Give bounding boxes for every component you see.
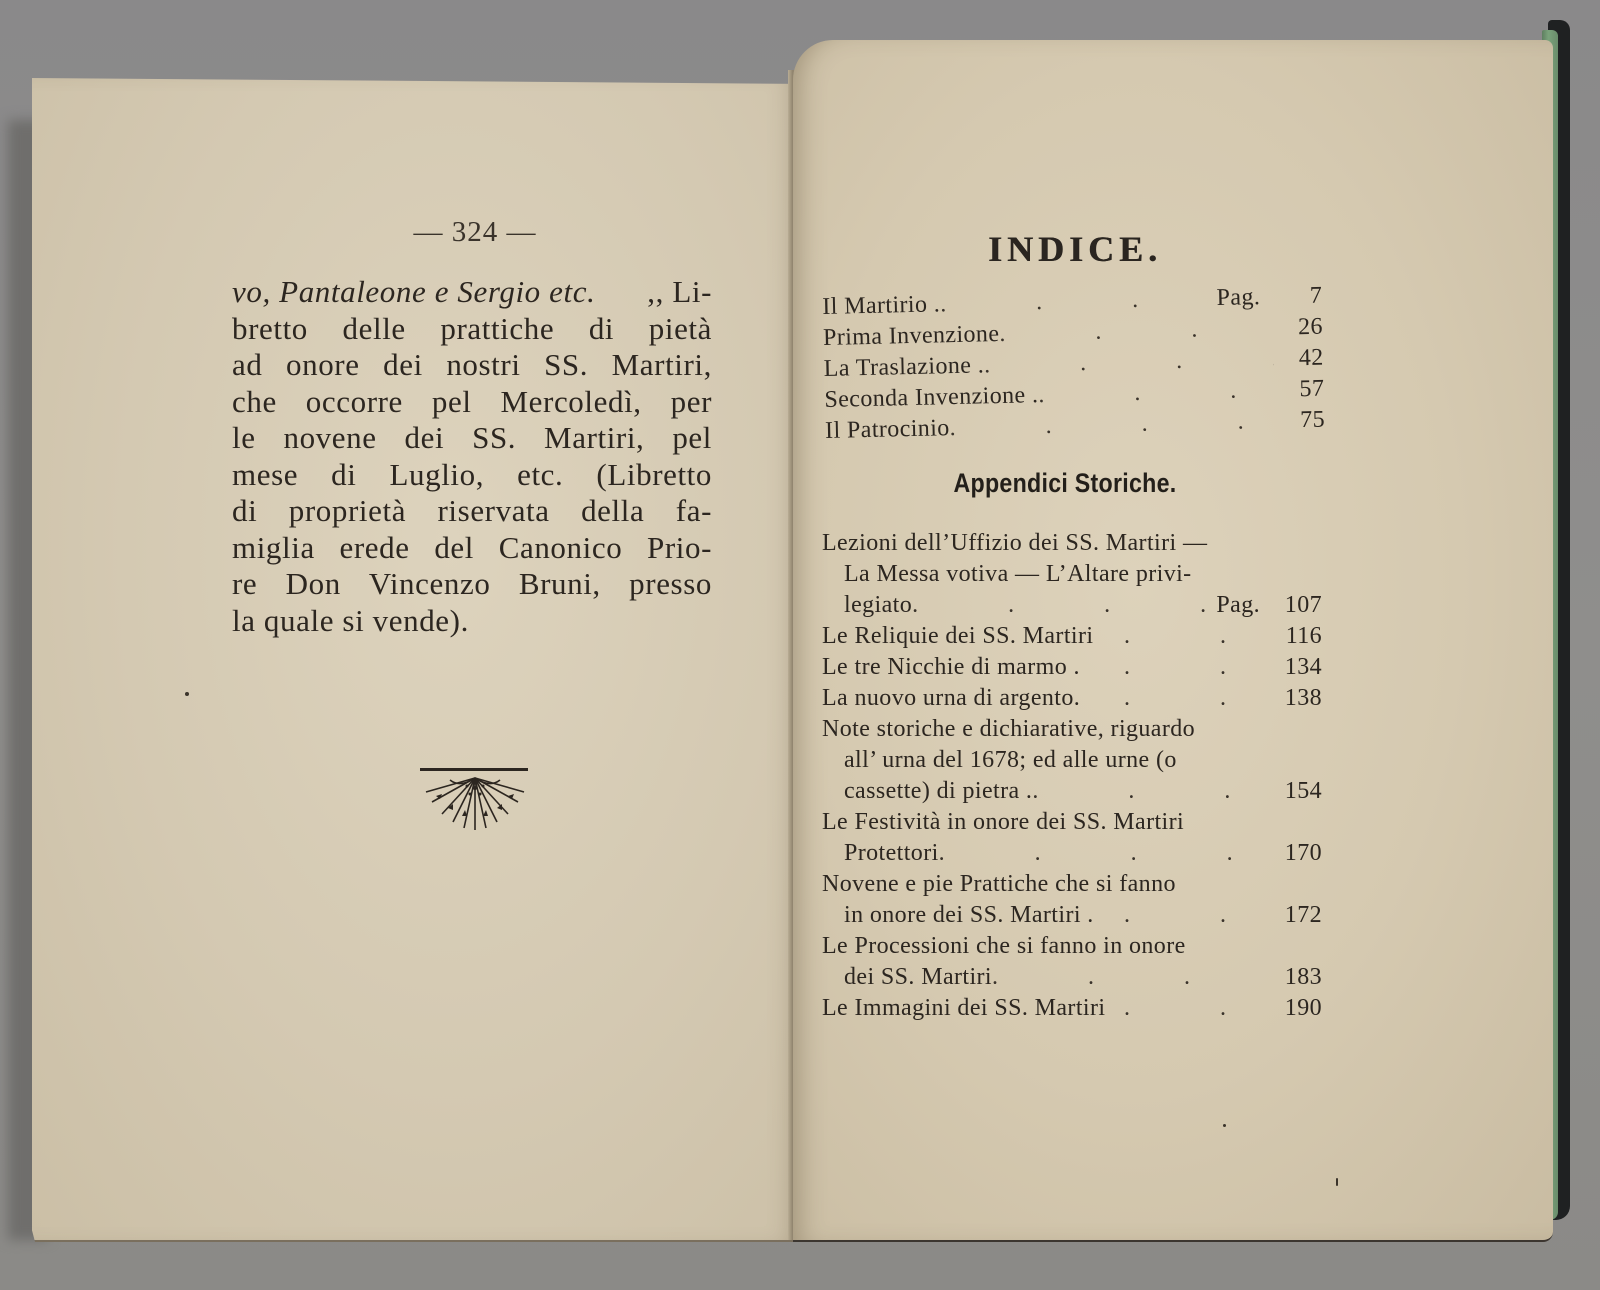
text-fragment: bretto delle prattiche di pietà — [232, 311, 712, 348]
text-fragment: re Don Vincenzo Bruni, presso — [232, 566, 712, 603]
toc-entry-continuation: in onore dei SS. Martiri . . . 172 — [822, 900, 1322, 931]
text-fragment: le novene dei SS. Martiri, pel — [232, 420, 712, 457]
toc-entry-continuation: Protettori . . . . . 170 — [822, 838, 1322, 869]
text-fragment: la quale si vende). — [232, 603, 469, 640]
toc-entry-continuation: dei SS. Martiri . . . . 183 — [822, 962, 1322, 993]
toc-page-number: 116 — [1272, 621, 1322, 652]
toc-entry-label: dei SS. Martiri — [822, 962, 992, 993]
toc-entry-label: Il Patrocinio — [825, 413, 950, 447]
toc-appendix-list: Lezioni dell’Uffizio dei SS. Martiri — L… — [822, 528, 1322, 1024]
toc-entry: Note storiche e dichiarative, riguardo — [822, 714, 1322, 745]
toc-page-number: 75 — [1275, 405, 1326, 437]
text-fragment: che occorre pel Mercoledì, per — [232, 384, 712, 421]
page-number: — 324 — — [400, 216, 550, 249]
text-line: ad onore dei nostri SS. Martiri, — [232, 347, 712, 384]
toc-entry: Le Festività in onore dei SS. Martiri — [822, 807, 1322, 838]
toc-entry: Le Reliquie dei SS. Martiri . . 116 — [822, 621, 1322, 652]
toc-entry: La nuovo urna di argento. . . 138 — [822, 683, 1322, 714]
text-fragment: di proprietà riservata della fa- — [232, 493, 712, 530]
dot-leader: . . — [1094, 900, 1272, 931]
toc-page-number: 107 — [1272, 590, 1322, 621]
toc-entry: Le Immagini dei SS. Martiri . . 190 — [822, 993, 1322, 1024]
paper-speck — [1336, 1178, 1338, 1186]
toc-entry-label: legiato — [822, 590, 912, 621]
pag-label: Pag. — [1216, 282, 1260, 314]
toc-entry-continuation: legiato . . . . . Pag. 107 — [822, 590, 1322, 621]
toc-entry-label: Seconda Invenzione . — [824, 380, 1039, 416]
toc-entry-continuation: La Messa votiva — L’Altare privi- — [822, 559, 1322, 590]
sunburst-ornament-icon — [420, 766, 530, 836]
text-line: mese di Luglio, etc. (Libretto — [232, 457, 712, 494]
dot-leader: . . — [1080, 683, 1272, 714]
toc-entry: Lezioni dell’Uffizio dei SS. Martiri — — [822, 528, 1322, 559]
left-page-body: vo, Pantaleone e Sergio etc. ,, Li- bret… — [232, 274, 712, 639]
text-line: la quale si vende). — [232, 603, 712, 640]
toc-page-number: 154 — [1272, 776, 1322, 807]
dot-leader: . . — [1080, 652, 1272, 683]
pag-label: Pag. — [1216, 590, 1260, 621]
toc-entry-label: Le Festività in onore dei SS. Martiri — [822, 807, 1184, 838]
left-page — [32, 78, 794, 1242]
toc-page-number: 26 — [1273, 312, 1324, 344]
dot-leader: . . . — [1032, 776, 1272, 807]
toc-page-number: 57 — [1274, 374, 1325, 406]
text-line: di proprietà riservata della fa- — [232, 493, 712, 530]
toc-entry-label: Prima Invenzione — [823, 319, 1000, 354]
text-line: bretto delle prattiche di pietà — [232, 311, 712, 348]
toc-entry-label: Protettori — [822, 838, 939, 869]
toc-entry-label: La Traslazione . — [823, 350, 984, 385]
dot-leader: . . — [1093, 621, 1272, 652]
toc-page-number: 138 — [1272, 683, 1322, 714]
toc-entry-label: Le Processioni che si fanno in onore — [822, 931, 1186, 962]
toc-entry-label: Il Martirio . — [822, 289, 941, 323]
paper-speck — [185, 692, 189, 696]
toc-page-number: 7 — [1272, 281, 1323, 313]
toc-page-number: 134 — [1272, 652, 1322, 683]
text-line: vo, Pantaleone e Sergio etc. ,, Li- — [232, 274, 712, 311]
text-fragment: mese di Luglio, etc. (Libretto — [232, 457, 712, 494]
toc-entry-label: La Messa votiva — L’Altare privi- — [822, 559, 1192, 590]
dot-leader: . . — [1105, 993, 1272, 1024]
toc-entry-continuation: cassette) di pietra . . . . 154 — [822, 776, 1322, 807]
toc-entry-label: Novene e pie Prattiche che si fanno — [822, 869, 1176, 900]
text-line: che occorre pel Mercoledì, per — [232, 384, 712, 421]
toc-entry-label: La nuovo urna di argento. — [822, 683, 1080, 714]
text-line: miglia erede del Canonico Prio- — [232, 530, 712, 567]
text-fragment: miglia erede del Canonico Prio- — [232, 530, 712, 567]
toc-page-number: 42 — [1273, 343, 1324, 375]
appendix-section-title: Appendici Storiche. — [923, 468, 1207, 499]
dot-leader: . . . . — [992, 962, 1272, 993]
toc-entry-label: Le tre Nicchie di marmo . — [822, 652, 1080, 683]
dot-leader: . . . . . — [939, 838, 1272, 869]
text-line: le novene dei SS. Martiri, pel — [232, 420, 712, 457]
toc-entry-label: cassette) di pietra . — [822, 776, 1032, 807]
toc-page-number: 172 — [1272, 900, 1322, 931]
toc-main-list: Il Martirio . . . . . . Pag. 7 Prima Inv… — [822, 281, 1325, 447]
toc-entry-label: in onore dei SS. Martiri . — [822, 900, 1094, 931]
paper-speck — [1223, 1124, 1226, 1127]
toc-entry-label: all’ urna del 1678; ed alle urne (o — [822, 745, 1177, 776]
toc-entry-continuation: all’ urna del 1678; ed alle urne (o — [822, 745, 1322, 776]
text-fragment: ad onore dei nostri SS. Martiri, — [232, 347, 712, 384]
toc-page-number: 170 — [1272, 838, 1322, 869]
index-title: INDICE. — [940, 228, 1210, 270]
toc-entry-label: Note storiche e dichiarative, riguardo — [822, 714, 1195, 745]
text-fragment: ,, Li- — [647, 274, 712, 311]
toc-entry: Le tre Nicchie di marmo . . . 134 — [822, 652, 1322, 683]
toc-entry-label: Le Reliquie dei SS. Martiri — [822, 621, 1093, 652]
dot-leader: . . . . . — [912, 590, 1216, 621]
italic-text: vo, Pantaleone e Sergio etc. — [232, 274, 595, 311]
toc-page-number: 183 — [1272, 962, 1322, 993]
toc-entry-label: Lezioni dell’Uffizio dei SS. Martiri — — [822, 528, 1207, 559]
text-line: re Don Vincenzo Bruni, presso — [232, 566, 712, 603]
toc-entry-label: Le Immagini dei SS. Martiri — [822, 993, 1105, 1024]
toc-entry: Novene e pie Prattiche che si fanno — [822, 869, 1322, 900]
toc-page-number: 190 — [1272, 993, 1322, 1024]
toc-entry: Le Processioni che si fanno in onore — [822, 931, 1322, 962]
